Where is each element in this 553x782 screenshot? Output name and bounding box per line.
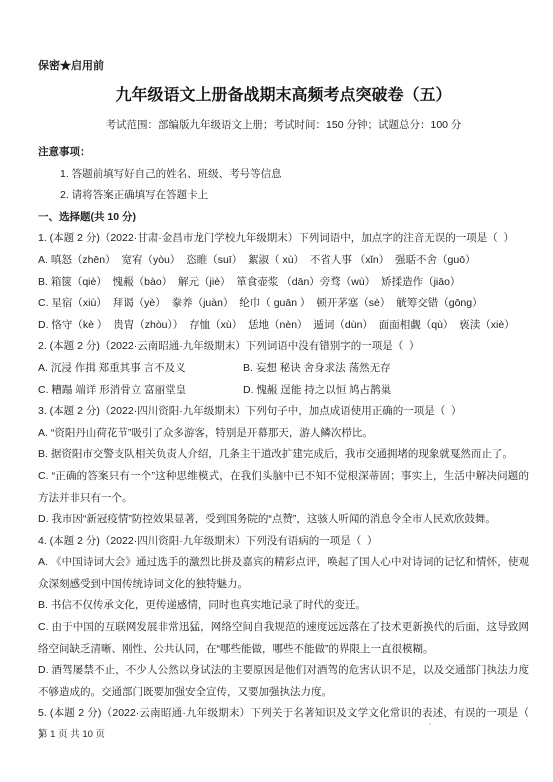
- question-2-option-b: B. 妄想 秘诀 舍身求法 荡然无存: [243, 358, 529, 380]
- question-2-option-d: D. 愧赧 逞能 持之以恒 鸠占鹊巢: [243, 380, 529, 402]
- question-3-option-b: B. 据资阳市交警支队相关负责人介绍，几条主干道改扩建完成后，我市交通拥堵的现象…: [38, 444, 529, 466]
- exam-info: 考试范围：部编版九年级语文上册；考试时间：150 分钟；试题总分：100 分: [38, 116, 529, 134]
- question-4-option-a: A. 《中国诗词大会》通过选手的激烈比拼及嘉宾的精彩点评，唤起了国人心中对诗词的…: [38, 552, 529, 595]
- notes-heading: 注意事项：: [38, 142, 529, 164]
- question-3-option-d: D. 我市因“新冠疫情”防控效果显著，受到国务院的“点赞”，这骇人听闻的消息令全…: [38, 509, 529, 531]
- question-3-option-a: A. “资阳丹山荷花节”吸引了众多游客，特别是开幕那天，游人鳞次栉比。: [38, 423, 529, 445]
- question-4-stem: 4. (本题 2 分)（2022·四川资阳·九年级期末）下列没有语病的一项是（ …: [38, 531, 529, 553]
- document-content: 保密★启用前 九年级语文上册备战期末高频考点突破卷（五） 考试范围：部编版九年级…: [0, 0, 553, 747]
- page-number: 第 1 页 共 10 页: [38, 728, 105, 741]
- question-3-stem: 3. (本题 2 分)（2022·四川资阳·九年级期末）下列句子中，加点成语使用…: [38, 401, 529, 423]
- question-4-option-b: B. 书信不仅传承文化，更传递感情，同时也真实地记录了时代的变迁。: [38, 595, 529, 617]
- section-heading: 一、选择题(共 10 分): [38, 207, 529, 229]
- note-item-2: 2. 请将答案正确填写在答题卡上: [38, 185, 529, 207]
- question-1-option-a: A. 嗔怒（zhēn） 宽宥（yòu） 恣睢（suī） 絮淑（ xù） 不省人事…: [38, 250, 529, 272]
- question-1-option-d: D. 恪守（kè ） 贵胄（zhòu）） 存恤（xù） 恁地（nèn） 遁词（d…: [38, 315, 529, 337]
- note-item-1: 1. 答题前填写好自己的姓名、班级、考号等信息: [38, 164, 529, 186]
- security-classification: 保密★启用前: [38, 58, 529, 74]
- question-1-option-b: B. 箱箧（qiè） 愧赧（bào） 解元（jiè） 箪食壶浆 （dān）旁骛（…: [38, 272, 529, 294]
- question-2-stem: 2. (本题 2 分)（2022·云南昭通·九年级期末）下列词语中没有错别字的一…: [38, 336, 529, 358]
- question-4-option-d: D. 酒驾屡禁不止，不少人公然以身试法的主要原因是他们对酒驾的危害认识不足，以及…: [38, 660, 529, 703]
- question-1-stem: 1. (本题 2 分)（2022·甘肃·金昌市龙门学校九年级期末）下列词语中，加…: [38, 228, 529, 250]
- question-3-option-c: C. “正确的答案只有一个”这种思维模式，在我们头脑中已不知不觉根深蒂固；事实上…: [38, 466, 529, 509]
- exam-title: 九年级语文上册备战期末高频考点突破卷（五）: [38, 84, 529, 108]
- question-2-option-c: C. 糟蹋 端详 形消骨立 富丽堂皇: [38, 380, 243, 402]
- question-5-stem: 5. (本题 2 分)（2022·云南昭通·九年级期末）下列关于名著知识及文学文…: [38, 703, 529, 746]
- question-1-option-c: C. 星宿（xiù） 拜谒（yè） 豢养（juàn） 纶巾（ guān ） 顿开…: [38, 293, 529, 315]
- question-4-option-c: C. 由于中国的互联网发展非常迅猛，网络空间自我规范的速度远远落在了技术更新换代…: [38, 617, 529, 660]
- document-page: 保密★启用前 九年级语文上册备战期末高频考点突破卷（五） 考试范围：部编版九年级…: [0, 0, 553, 782]
- stray-mark: ·: [428, 718, 432, 730]
- question-2-option-a: A. 沉浸 作揖 郑重其事 言不及义: [38, 358, 243, 380]
- exam-body: 注意事项： 1. 答题前填写好自己的姓名、班级、考号等信息 2. 请将答案正确填…: [38, 142, 529, 747]
- question-2-options: A. 沉浸 作揖 郑重其事 言不及义 B. 妄想 秘诀 舍身求法 荡然无存 C.…: [38, 358, 529, 401]
